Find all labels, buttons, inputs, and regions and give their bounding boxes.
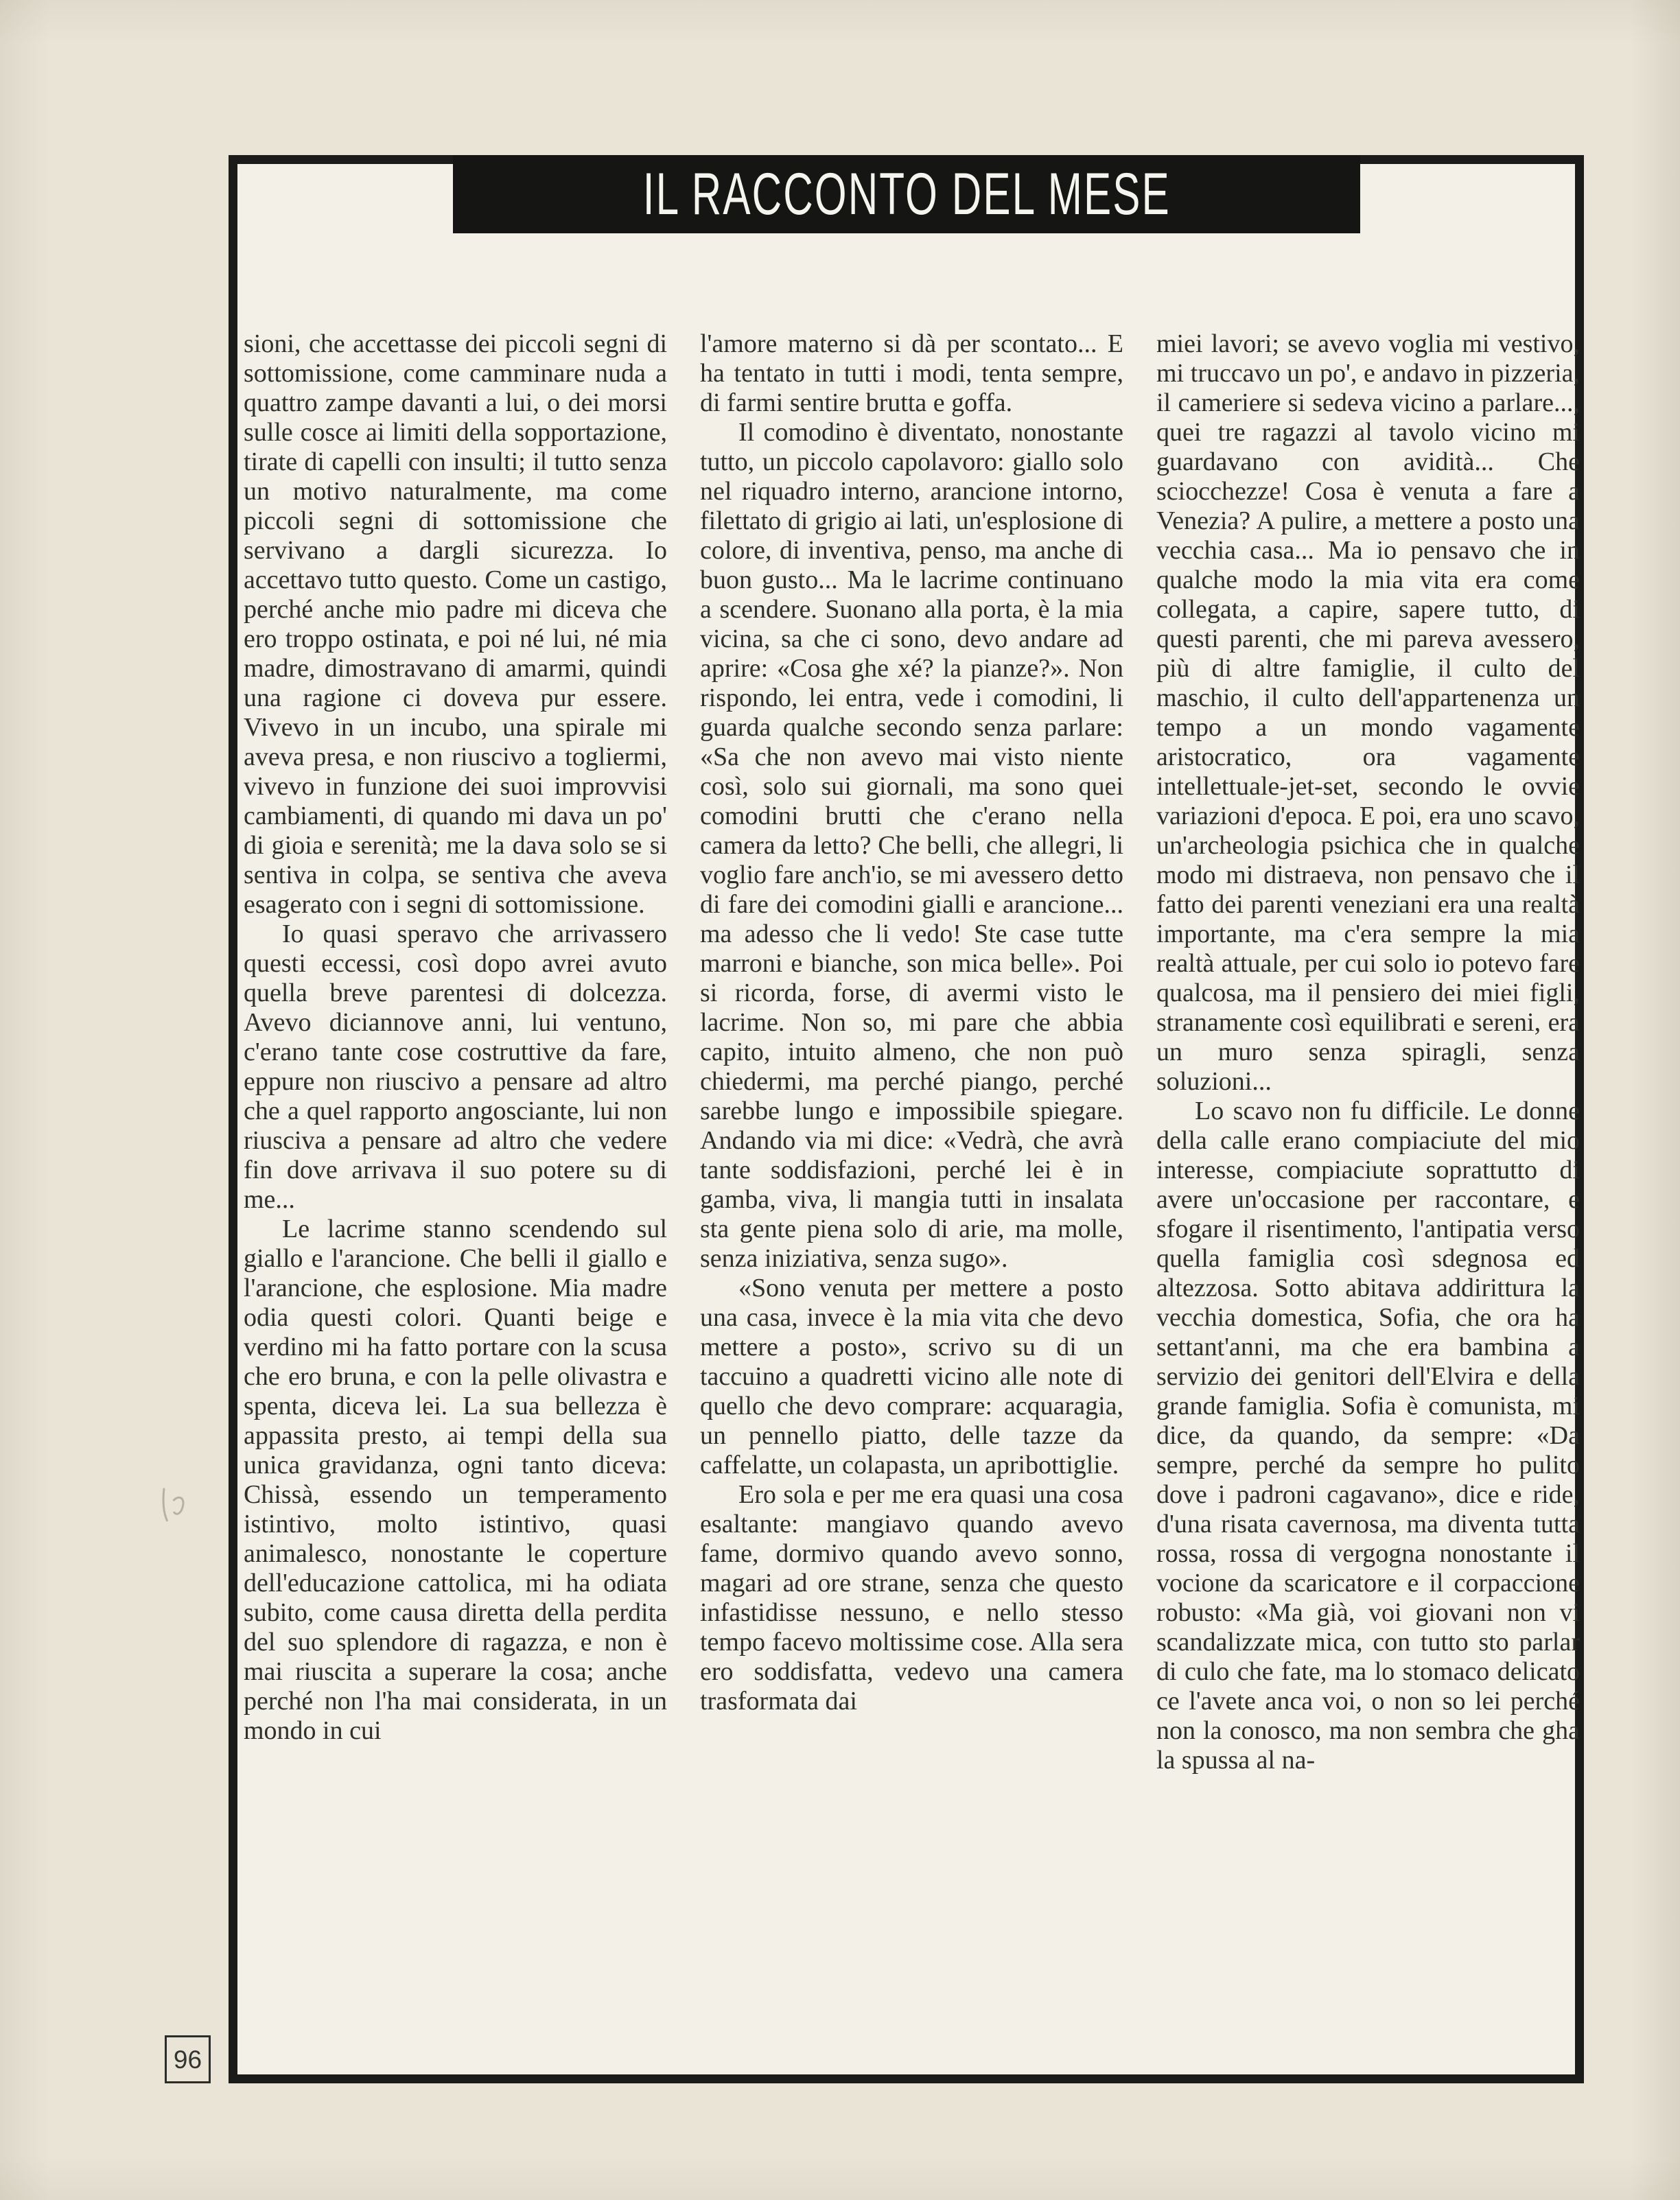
pencil-mark bbox=[154, 1480, 195, 1528]
paragraph: Lo scavo non fu difficile. Le donne dell… bbox=[1156, 1097, 1580, 1775]
paragraph: l'amore materno si dà per scontato... E … bbox=[700, 329, 1123, 418]
paragraph: «Sono venuta per mettere a posto una cas… bbox=[700, 1274, 1123, 1480]
page-number-box: 96 bbox=[165, 2035, 211, 2083]
paragraph: Io quasi speravo che arrivassero questi … bbox=[244, 920, 667, 1215]
text-column-3: miei lavori; se avevo voglia mi vestivo,… bbox=[1156, 329, 1580, 2059]
section-title: IL RACCONTO DEL MESE bbox=[642, 165, 1170, 224]
paragraph: Il comodino è diventato, nonostante tutt… bbox=[700, 418, 1123, 1274]
section-banner: IL RACCONTO DEL MESE bbox=[453, 155, 1360, 233]
paragraph: Ero sola e per me era quasi una cosa esa… bbox=[700, 1480, 1123, 1716]
text-column-1: sioni, che accettasse dei piccoli segni … bbox=[244, 329, 667, 2059]
paragraph: Le lacrime stanno scendendo sul giallo e… bbox=[244, 1215, 667, 1746]
text-column-2: l'amore materno si dà per scontato... E … bbox=[700, 329, 1123, 2059]
paragraph: sioni, che accettasse dei piccoli segni … bbox=[244, 329, 667, 920]
page-number: 96 bbox=[174, 2047, 202, 2072]
paragraph: miei lavori; se avevo voglia mi vestivo,… bbox=[1156, 329, 1580, 1097]
